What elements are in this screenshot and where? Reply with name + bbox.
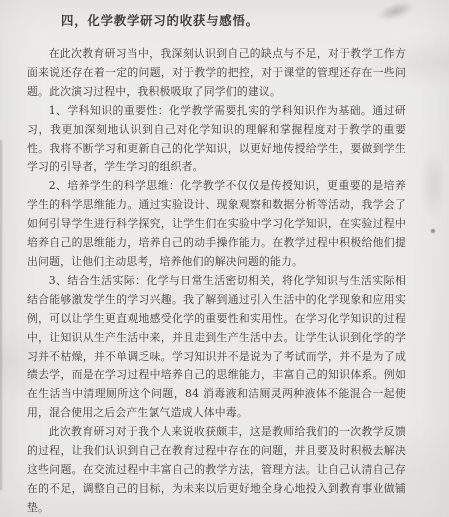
paragraph-intro: 在此次教育研习当中，我深刻认识到自己的缺点与不足，对于教学工作方面来说还存在着一… [27,45,406,102]
document-body: 四，化学教学研习的收获与感悟。 在此次教育研习当中，我深刻认识到自己的缺点与不足… [27,9,406,517]
scanned-document-page: 四，化学教学研习的收获与感悟。 在此次教育研习当中，我深刻认识到自己的缺点与不足… [0,0,449,517]
scan-artifact-smudge [420,150,446,220]
paragraph-point-1-subject-knowledge: 1、学科知识的重要性：化学教学需要扎实的学科知识作为基础。通过研习，我更加深刻地… [27,102,406,178]
paragraph-conclusion: 此次教育研习对于我个人来说收获颇丰，这是教师给我们的一次教学反馈的过程，让我们认… [27,423,406,517]
document-title: 四，化学教学研习的收获与感悟。 [27,12,406,29]
scan-edge-shadow [0,140,3,490]
scan-artifact-dot [431,229,435,233]
paragraph-point-3-daily-life: 3、结合生活实际：化学与日常生活密切相关，将化学知识与生活实际相结合能够激发学生… [27,272,406,423]
paragraph-point-2-scientific-thinking: 2、培养学生的科学思维：化学教学不仅仅是传授知识，更重要的是培养学生的科学思维能… [27,177,406,272]
